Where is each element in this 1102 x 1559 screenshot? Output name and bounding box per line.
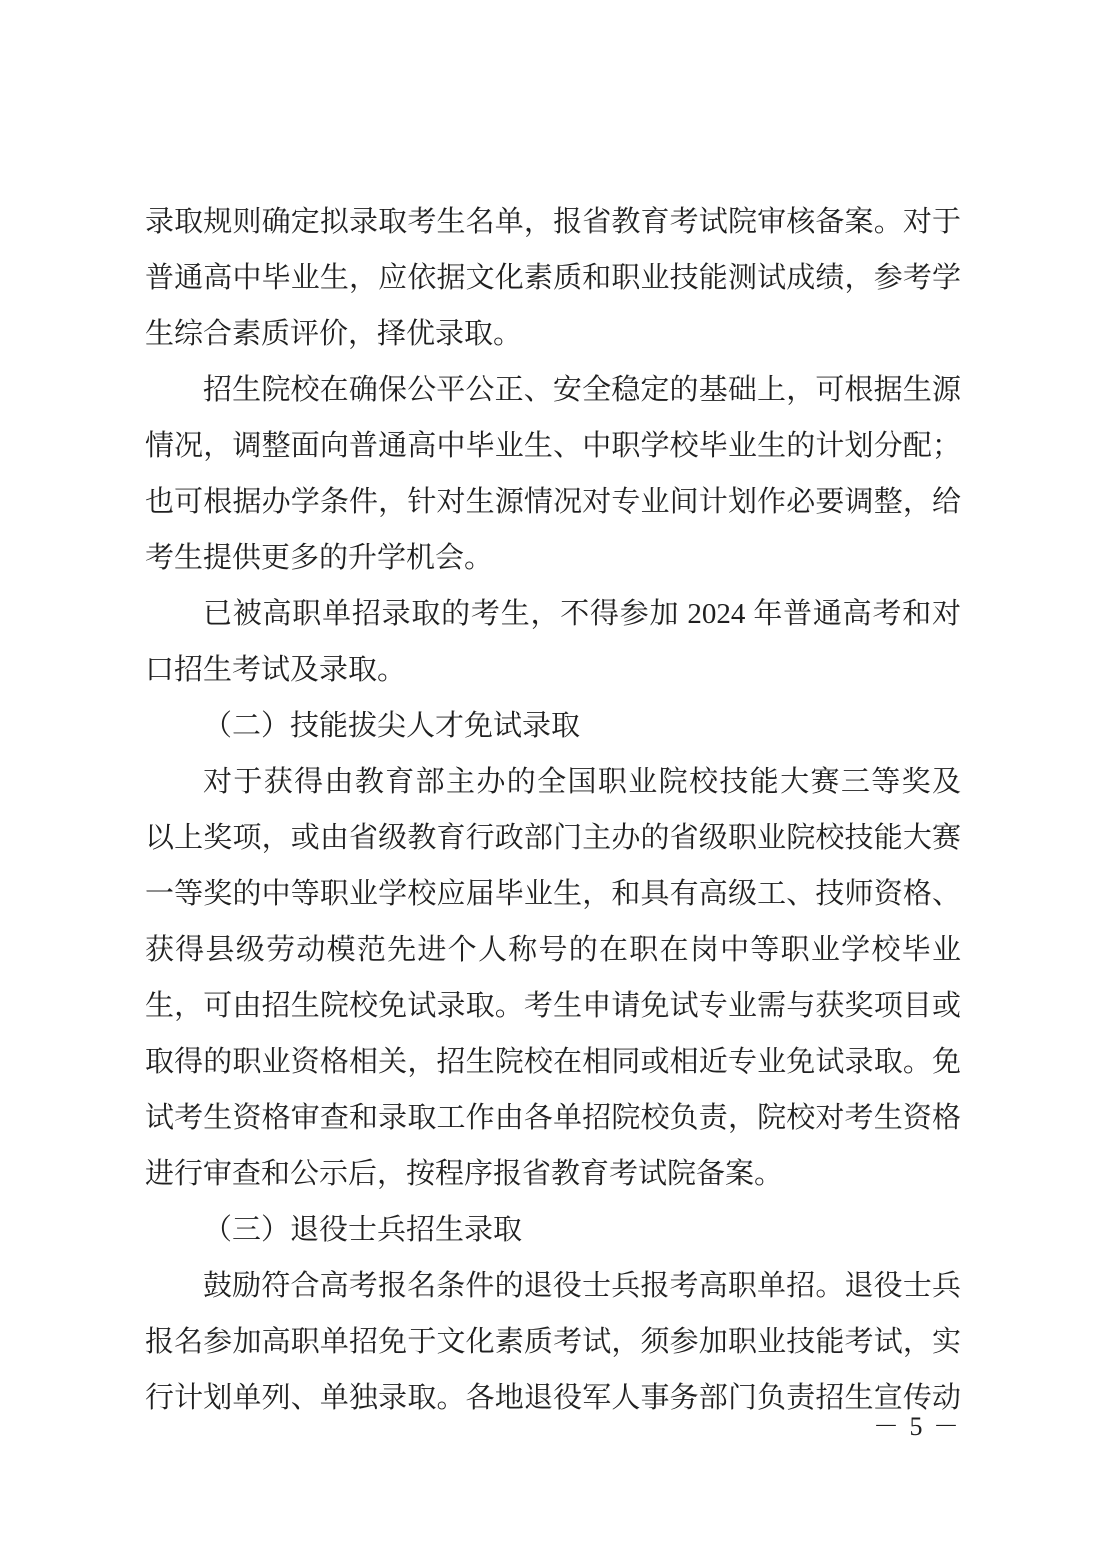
text-line: 鼓励符合高考报名条件的退役士兵报考高职单招。退役士兵: [145, 1258, 961, 1314]
text-line: 一等奖的中等职业学校应届毕业生，和具有高级工、技师资格、: [145, 866, 961, 922]
document-body: 录取规则确定拟录取考生名单，报省教育考试院审核备案。对于普通高中毕业生，应依据文…: [145, 194, 961, 1426]
section-heading: （二）技能拔尖人才免试录取: [145, 698, 961, 754]
text-line: 录取规则确定拟录取考生名单，报省教育考试院审核备案。对于: [145, 194, 961, 250]
text-line: 获得县级劳动模范先进个人称号的在职在岗中等职业学校毕业: [145, 922, 961, 978]
text-line: 已被高职单招录取的考生，不得参加 2024 年普通高考和对: [145, 586, 961, 642]
document-page: { "page": { "background": "#ffffff", "te…: [0, 0, 1102, 1559]
text-line: 对于获得由教育部主办的全国职业院校技能大赛三等奖及: [145, 754, 961, 810]
text-line: 试考生资格审查和录取工作由各单招院校负责，院校对考生资格: [145, 1090, 961, 1146]
text-line: 生，可由招生院校免试录取。考生申请免试专业需与获奖项目或: [145, 978, 961, 1034]
page-number: － 5 －: [873, 1412, 961, 1442]
text-line: 取得的职业资格相关，招生院校在相同或相近专业免试录取。免: [145, 1034, 961, 1090]
text-line: 报名参加高职单招免于文化素质考试，须参加职业技能考试，实: [145, 1314, 961, 1370]
text-line: 也可根据办学条件，针对生源情况对专业间计划作必要调整，给: [145, 474, 961, 530]
text-line: 普通高中毕业生，应依据文化素质和职业技能测试成绩，参考学: [145, 250, 961, 306]
text-line: 情况，调整面向普通高中毕业生、中职学校毕业生的计划分配；: [145, 418, 961, 474]
text-line: 以上奖项，或由省级教育行政部门主办的省级职业院校技能大赛: [145, 810, 961, 866]
text-line: 招生院校在确保公平公正、安全稳定的基础上，可根据生源: [145, 362, 961, 418]
text-line: 考生提供更多的升学机会。: [145, 530, 961, 586]
section-heading: （三）退役士兵招生录取: [145, 1202, 961, 1258]
text-line: 进行审查和公示后，按程序报省教育考试院备案。: [145, 1146, 961, 1202]
text-line: 生综合素质评价，择优录取。: [145, 306, 961, 362]
text-line: 口招生考试及录取。: [145, 642, 961, 698]
text-line: 行计划单列、单独录取。各地退役军人事务部门负责招生宣传动: [145, 1370, 961, 1426]
